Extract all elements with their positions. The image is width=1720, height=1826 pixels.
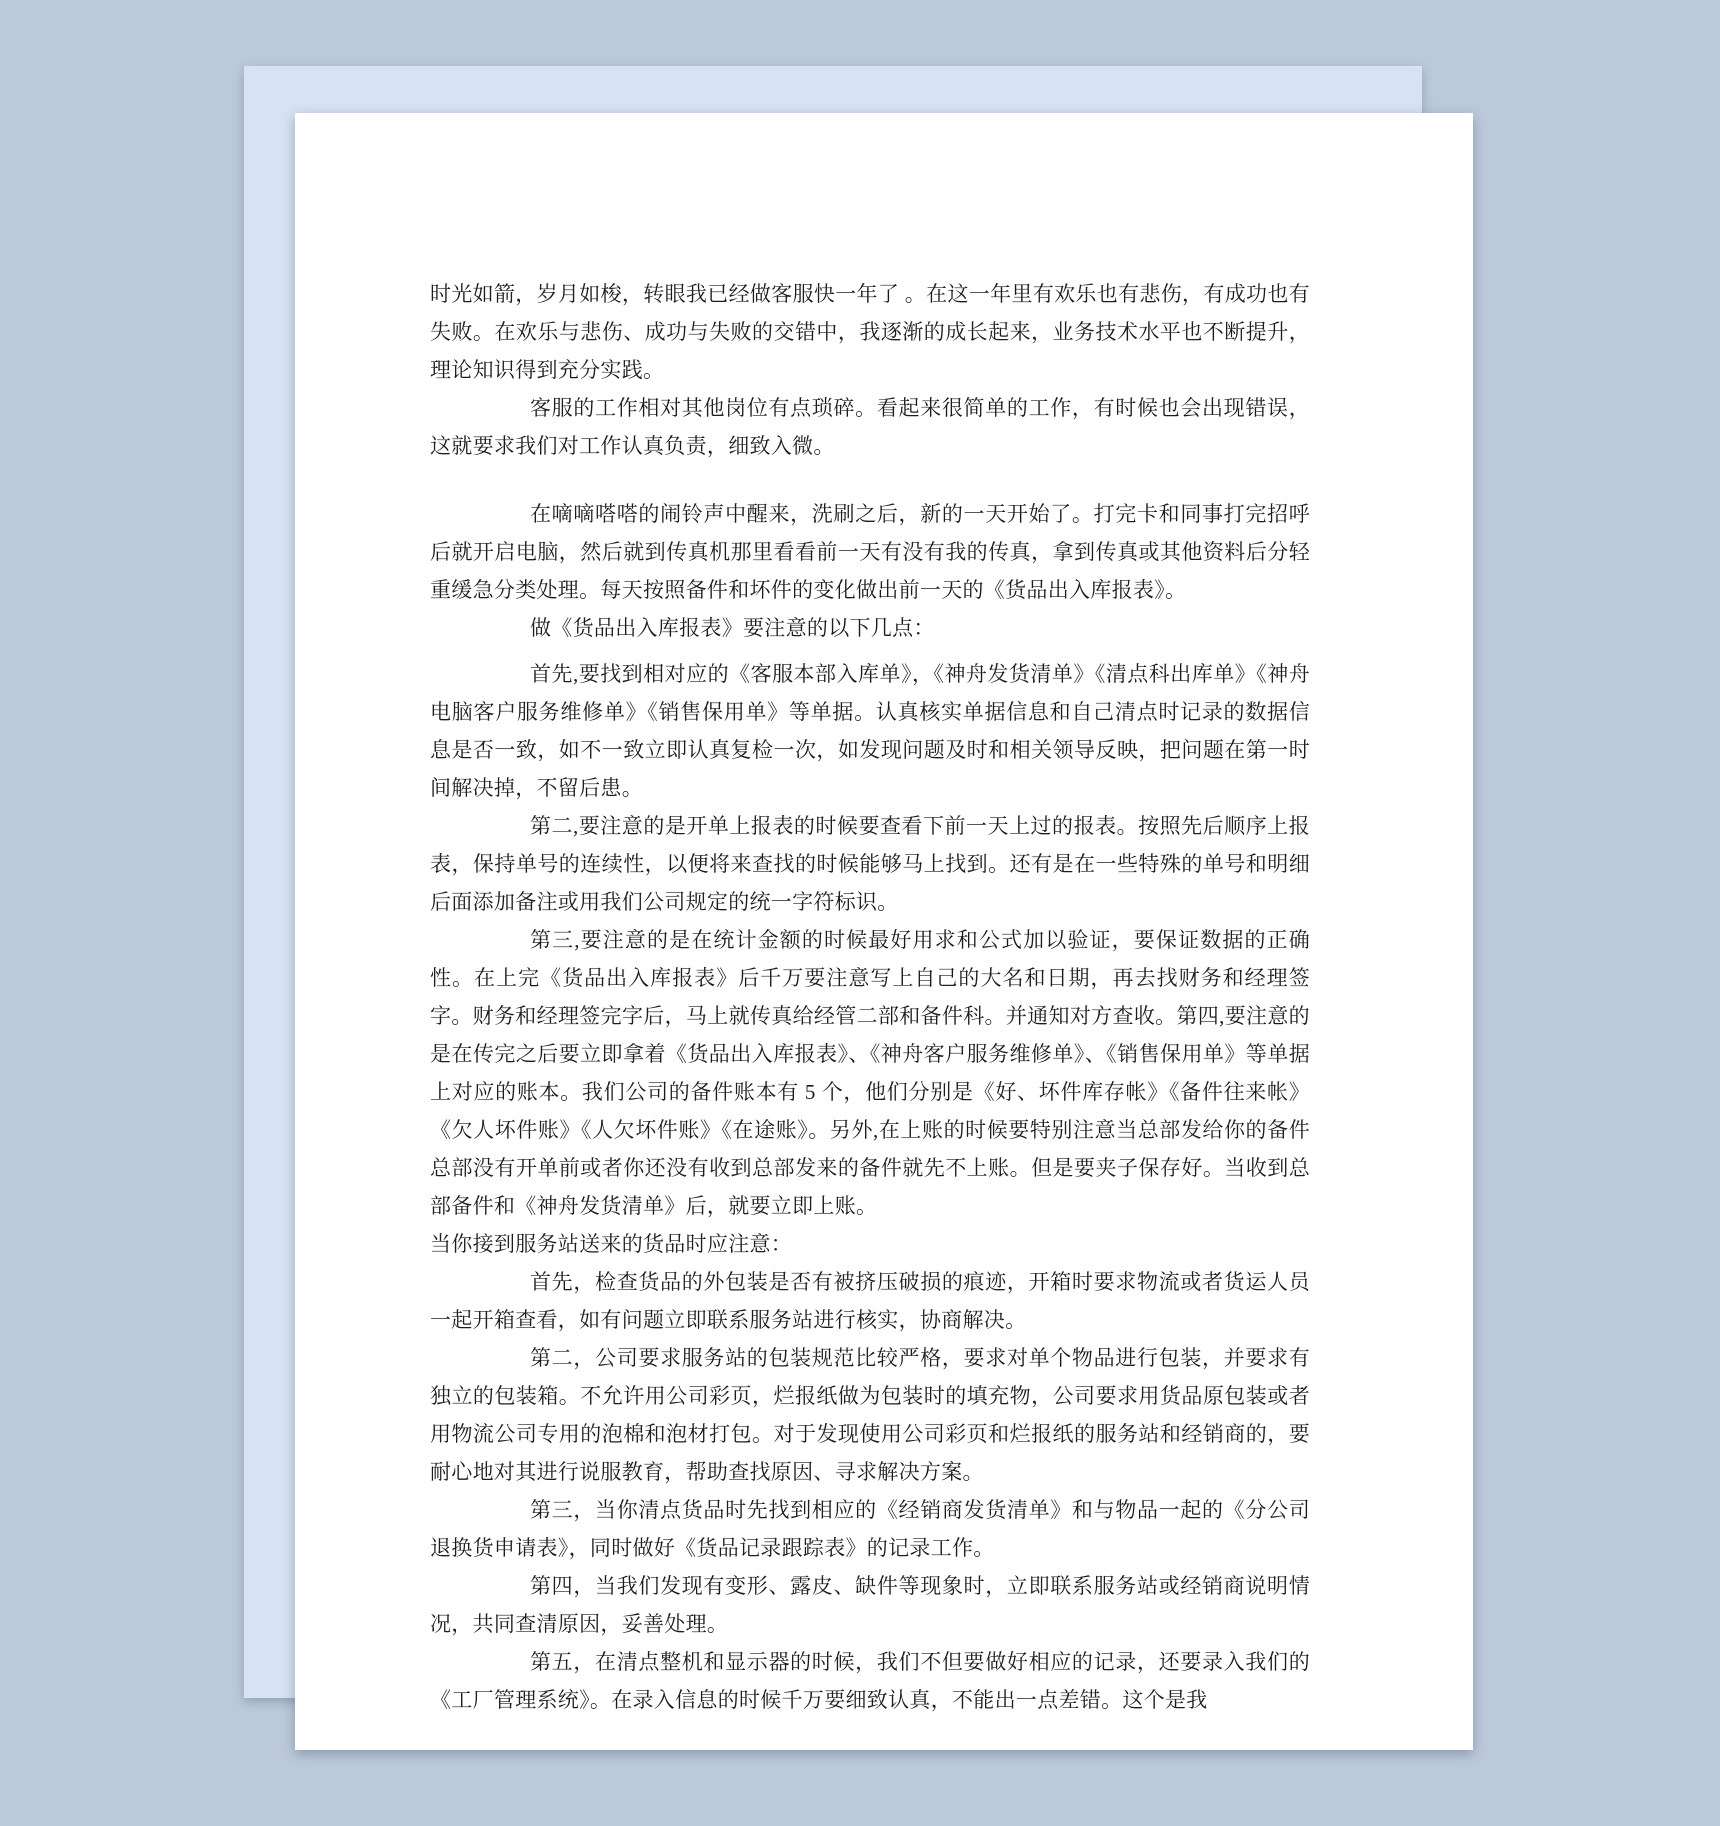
document-body: 时光如箭，岁月如梭，转眼我已经做客服快一年了 。在这一年里有欢乐也有悲伤，有成功… [430, 275, 1310, 1719]
paragraph: 第三，当你清点货品时先找到相应的《经销商发货清单》和与物品一起的《分公司退换货申… [430, 1491, 1310, 1567]
paragraph: 首先,要找到相对应的《客服本部入库单》，《神舟发货清单》《清点科出库单》《神舟电… [430, 655, 1310, 807]
paragraph: 第二,要注意的是开单上报表的时候要查看下前一天上过的报表。按照先后顺序上报表，保… [430, 807, 1310, 921]
paragraph: 当你接到服务站送来的货品时应注意： [430, 1225, 1310, 1263]
paragraph: 做《货品出入库报表》要注意的以下几点： [430, 609, 1310, 647]
paragraph: 第三,要注意的是在统计金额的时候最好用求和公式加以验证，要保证数据的正确性。在上… [430, 921, 1310, 1225]
paragraph: 第二，公司要求服务站的包装规范比较严格，要求对单个物品进行包装，并要求有独立的包… [430, 1339, 1310, 1491]
paragraph: 第五，在清点整机和显示器的时候，我们不但要做好相应的记录，还要录入我们的《工厂管… [430, 1643, 1310, 1719]
paragraph: 第四，当我们发现有变形、露皮、缺件等现象时，立即联系服务站或经销商说明情况，共同… [430, 1567, 1310, 1643]
desktop-background: 时光如箭，岁月如梭，转眼我已经做客服快一年了 。在这一年里有欢乐也有悲伤，有成功… [0, 0, 1720, 1826]
paragraph: 客服的工作相对其他岗位有点琐碎。看起来很简单的工作，有时候也会出现错误，这就要求… [430, 389, 1310, 465]
paragraph: 在嘀嘀嗒嗒的闹铃声中醒来，洗刷之后，新的一天开始了。打完卡和同事打完招呼后就开启… [430, 495, 1310, 609]
paragraph: 时光如箭，岁月如梭，转眼我已经做客服快一年了 。在这一年里有欢乐也有悲伤，有成功… [430, 275, 1310, 389]
document-page: 时光如箭，岁月如梭，转眼我已经做客服快一年了 。在这一年里有欢乐也有悲伤，有成功… [295, 113, 1473, 1750]
paragraph: 首先，检查货品的外包装是否有被挤压破损的痕迹，开箱时要求物流或者货运人员一起开箱… [430, 1263, 1310, 1339]
